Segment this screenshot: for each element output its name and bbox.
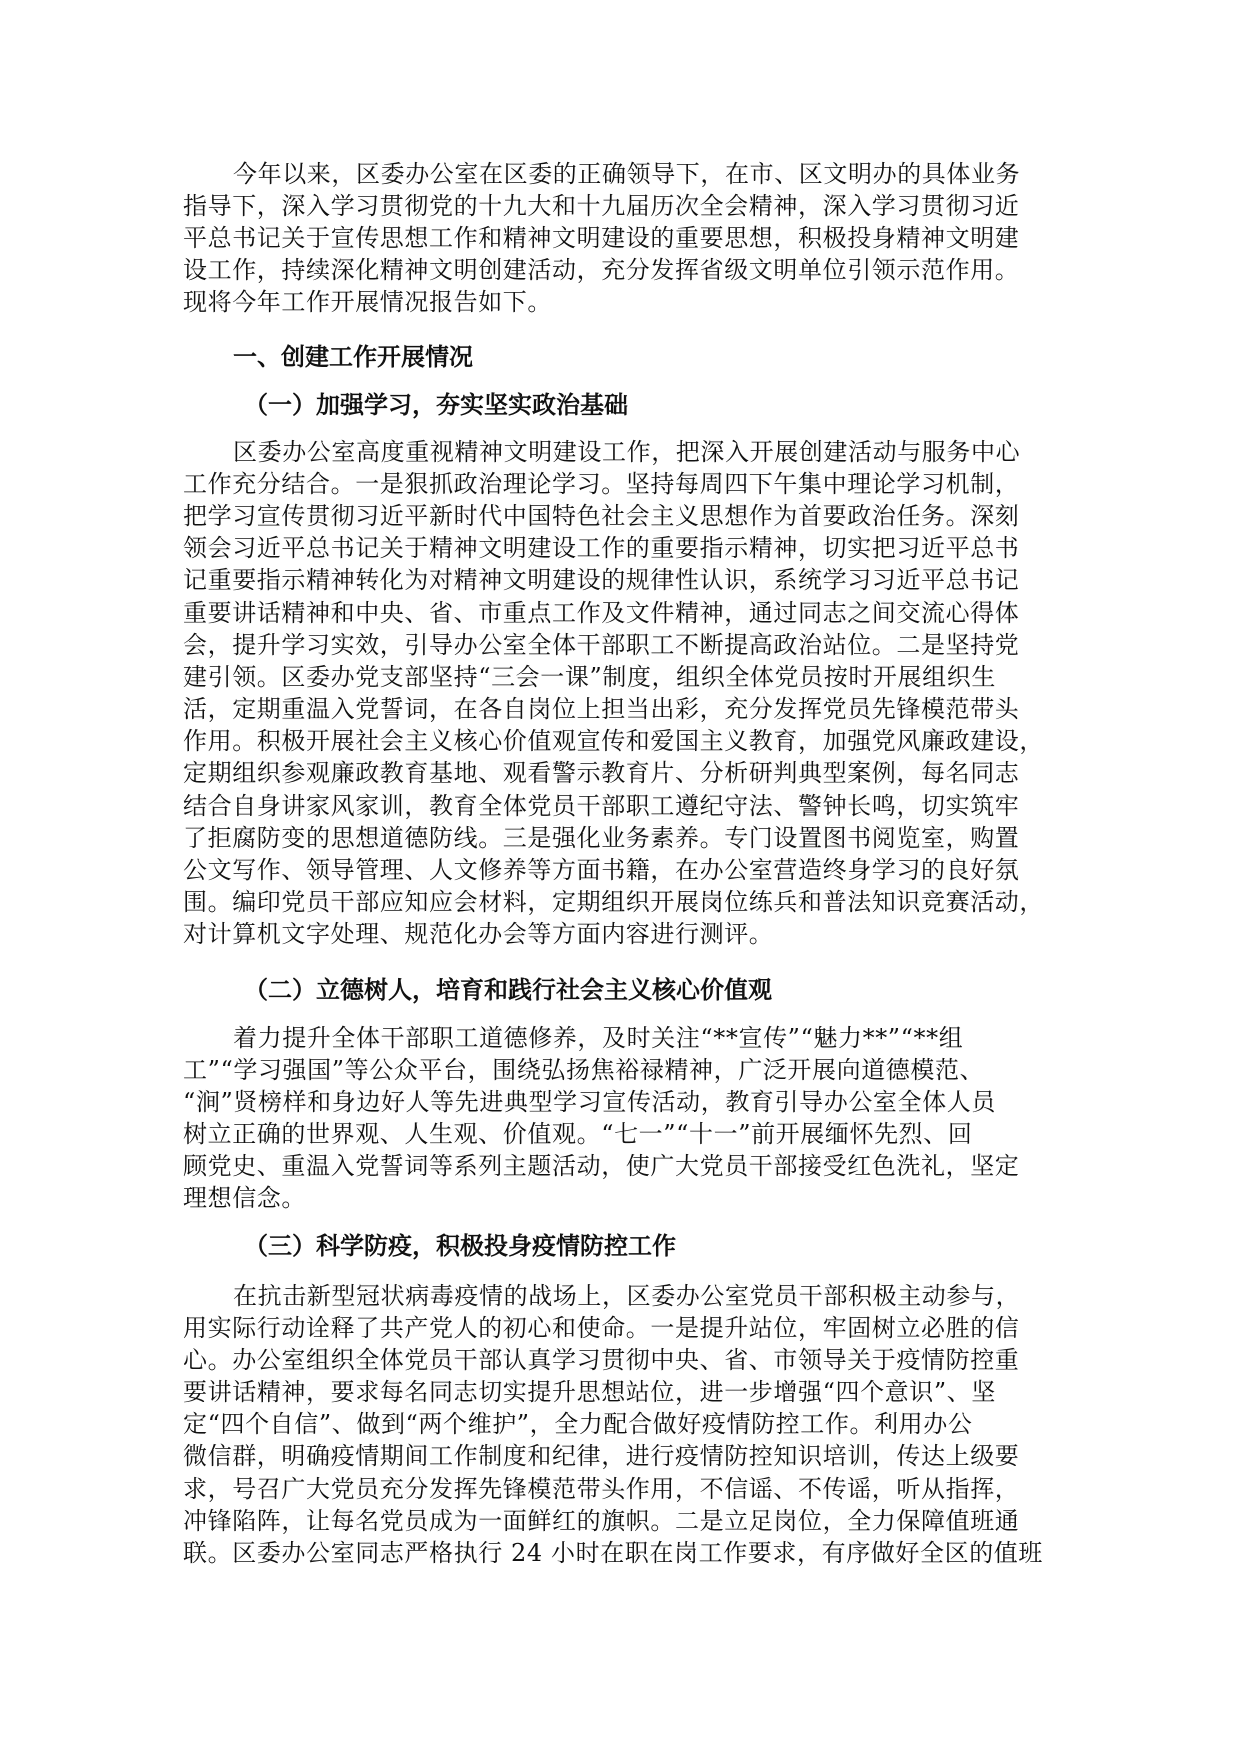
subsection-heading: （三）科学防疫，积极投身疫情防控工作	[244, 1230, 1114, 1262]
text-line: 今年以来，区委办公室在区委的正确领导下，在市、区文明办的具体业务	[233, 158, 1103, 190]
text-line: 心。办公室组织全体党员干部认真学习贯彻中央、省、市领导关于疫情防控重	[183, 1344, 1053, 1376]
text-line: 活，定期重温入党誓词，在各自岗位上担当出彩，充分发挥党员先锋模范带头	[183, 693, 1053, 725]
text-line: 了拒腐防变的思想道德防线。三是强化业务素养。专门设置图书阅览室，购置	[183, 822, 1053, 854]
text-line: 微信群，明确疫情期间工作制度和纪律，进行疫情防控知识培训，传达上级要	[183, 1440, 1053, 1472]
text-line: 领会习近平总书记关于精神文明建设工作的重要指示精神，切实把习近平总书	[183, 532, 1053, 564]
text-line: 着力提升全体干部职工道德修养，及时关注“**宣传”“魅力**”“**组	[233, 1022, 1103, 1054]
text-line: 用实际行动诠释了共产党人的初心和使命。一是提升站位，牢固树立必胜的信	[183, 1312, 1053, 1344]
text-line: 区委办公室高度重视精神文明建设工作，把深入开展创建活动与服务中心	[233, 436, 1103, 468]
text-line: 把学习宣传贯彻习近平新时代中国特色社会主义思想作为首要政治任务。深刻	[183, 500, 1053, 532]
text-line: 公文写作、领导管理、人文修养等方面书籍，在办公室营造终身学习的良好氛	[183, 854, 1053, 886]
text-line: 在抗击新型冠状病毒疫情的战场上，区委办公室党员干部积极主动参与，	[233, 1280, 1103, 1312]
text-line: 求，号召广大党员充分发挥先锋模范带头作用，不信谣、不传谣，听从指挥，	[183, 1473, 1053, 1505]
text-line: 对计算机文字处理、规范化办会等方面内容进行测评。	[183, 918, 1053, 950]
subsection-heading: （二）立德树人，培育和践行社会主义核心价值观	[244, 974, 1114, 1006]
text-line: 定期组织参观廉政教育基地、观看警示教育片、分析研判典型案例，每名同志	[183, 757, 1053, 789]
text-line: 理想信念。	[183, 1182, 1053, 1214]
text-line: 现将今年工作开展情况报告如下。	[183, 286, 1053, 318]
text-line: 定“四个自信”、做到“两个维护”，全力配合做好疫情防控工作。利用办公	[183, 1408, 1053, 1440]
text-line: 建引领。区委办党支部坚持“三会一课”制度，组织全体党员按时开展组织生	[183, 661, 1053, 693]
text-line: 会，提升学习实效，引导办公室全体干部职工不断提高政治站位。二是坚持党	[183, 629, 1053, 661]
text-line: 联。区委办公室同志严格执行 24 小时在职在岗工作要求，有序做好全区的值班	[183, 1537, 1053, 1569]
text-line: 围。编印党员干部应知应会材料，定期组织开展岗位练兵和普法知识竞赛活动，	[183, 886, 1053, 918]
text-line: 指导下，深入学习贯彻党的十九大和十九届历次全会精神，深入学习贯彻习近	[183, 190, 1053, 222]
text-line: 顾党史、重温入党誓词等系列主题活动，使广大党员干部接受红色洗礼，坚定	[183, 1150, 1053, 1182]
text-line: “涧”贤榜样和身边好人等先进典型学习宣传活动，教育引导办公室全体人员	[183, 1086, 1053, 1118]
text-line: 平总书记关于宣传思想工作和精神文明建设的重要思想，积极投身精神文明建	[183, 222, 1053, 254]
section-heading: 一、创建工作开展情况	[233, 341, 1103, 373]
text-line: 作用。积极开展社会主义核心价值观宣传和爱国主义教育，加强党风廉政建设，	[183, 725, 1053, 757]
text-line: 结合自身讲家风家训，教育全体党员干部职工遵纪守法、警钟长鸣，切实筑牢	[183, 790, 1053, 822]
text-line: 工”“学习强国”等公众平台，围绕弘扬焦裕禄精神，广泛开展向道德模范、	[183, 1054, 1053, 1086]
text-line: 要讲话精神，要求每名同志切实提升思想站位，进一步增强“四个意识”、坚	[183, 1376, 1053, 1408]
text-line: 记重要指示精神转化为对精神文明建设的规律性认识，系统学习习近平总书记	[183, 564, 1053, 596]
text-line: 树立正确的世界观、人生观、价值观。“七一”“十一”前开展缅怀先烈、回	[183, 1118, 1053, 1150]
text-line: 冲锋陷阵，让每名党员成为一面鲜红的旗帜。二是立足岗位，全力保障值班通	[183, 1505, 1053, 1537]
subsection-heading: （一）加强学习，夯实坚实政治基础	[244, 389, 1114, 421]
document-page: 今年以来，区委办公室在区委的正确领导下，在市、区文明办的具体业务 指导下，深入学…	[0, 0, 1240, 1754]
text-line: 设工作，持续深化精神文明创建活动，充分发挥省级文明单位引领示范作用。	[183, 254, 1053, 286]
text-line: 重要讲话精神和中央、省、市重点工作及文件精神，通过同志之间交流心得体	[183, 597, 1053, 629]
text-line: 工作充分结合。一是狠抓政治理论学习。坚持每周四下午集中理论学习机制，	[183, 468, 1053, 500]
